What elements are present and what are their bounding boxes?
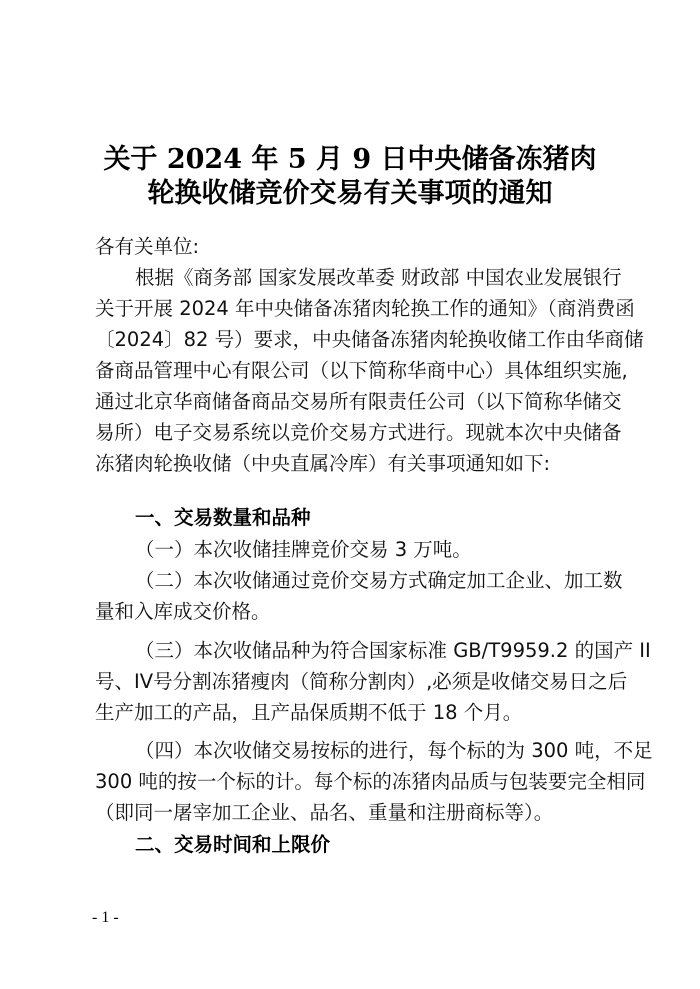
intro-line-4: 备商品管理中心有限公司（以下简称华商中心）具体组织实施, [95,358,607,384]
item-4-line-1: （四）本次收储交易按标的进行，每个标的为 300 吨，不足 [135,738,607,764]
item-3-line-1: （三）本次收储品种为符合国家标准 GB/T9959.2 的国产 II [135,638,607,664]
page-number: - 1 - [92,909,119,927]
document-page: 关于 2024 年 5 月 9 日中央储备冻猪肉 轮换收储竞价交易有关事项的通知… [0,0,700,989]
document-title-line-2: 轮换收储竞价交易有关事项的通知 [0,171,700,210]
item-2-line-2: 量和入库成交价格。 [95,599,607,625]
item-3-line-3: 生产加工的产品，且产品保质期不低于 18 个月。 [95,700,607,726]
section-1-heading: 一、交易数量和品种 [135,505,311,531]
intro-line-2: 关于开展 2024 年中央储备冻猪肉轮换工作的通知》（商消费函 [95,296,607,322]
item-1-line-1: （一）本次收储挂牌竞价交易 3 万吨。 [135,537,607,563]
salutation: 各有关单位: [95,234,607,260]
section-2-heading: 二、交易时间和上限价 [135,832,330,858]
intro-line-6: 易所）电子交易系统以竞价交易方式进行。现就本次中央储备 [95,420,607,446]
intro-line-5: 通过北京华商储备商品交易所有限责任公司（以下简称华储交 [95,389,607,415]
intro-line-1: 根据《商务部 国家发展改革委 财政部 中国农业发展银行 [135,265,607,291]
item-3-line-2: 号、IV号分割冻猪瘦肉（简称分割肉）,必须是收储交易日之后 [95,669,607,695]
item-4-line-3: （即同一屠宰加工企业、品名、重量和注册商标等）。 [95,800,607,826]
intro-line-3: 〔2024〕82 号）要求，中央储备冻猪肉轮换收储工作由华商储 [95,327,607,353]
item-2-line-1: （二）本次收储通过竞价交易方式确定加工企业、加工数 [135,568,607,594]
intro-line-7: 冻猪肉轮换收储（中央直属冷库）有关事项通知如下: [95,451,607,477]
item-4-line-2: 300 吨的按一个标的计。每个标的冻猪肉品质与包装要完全相同 [95,769,607,795]
